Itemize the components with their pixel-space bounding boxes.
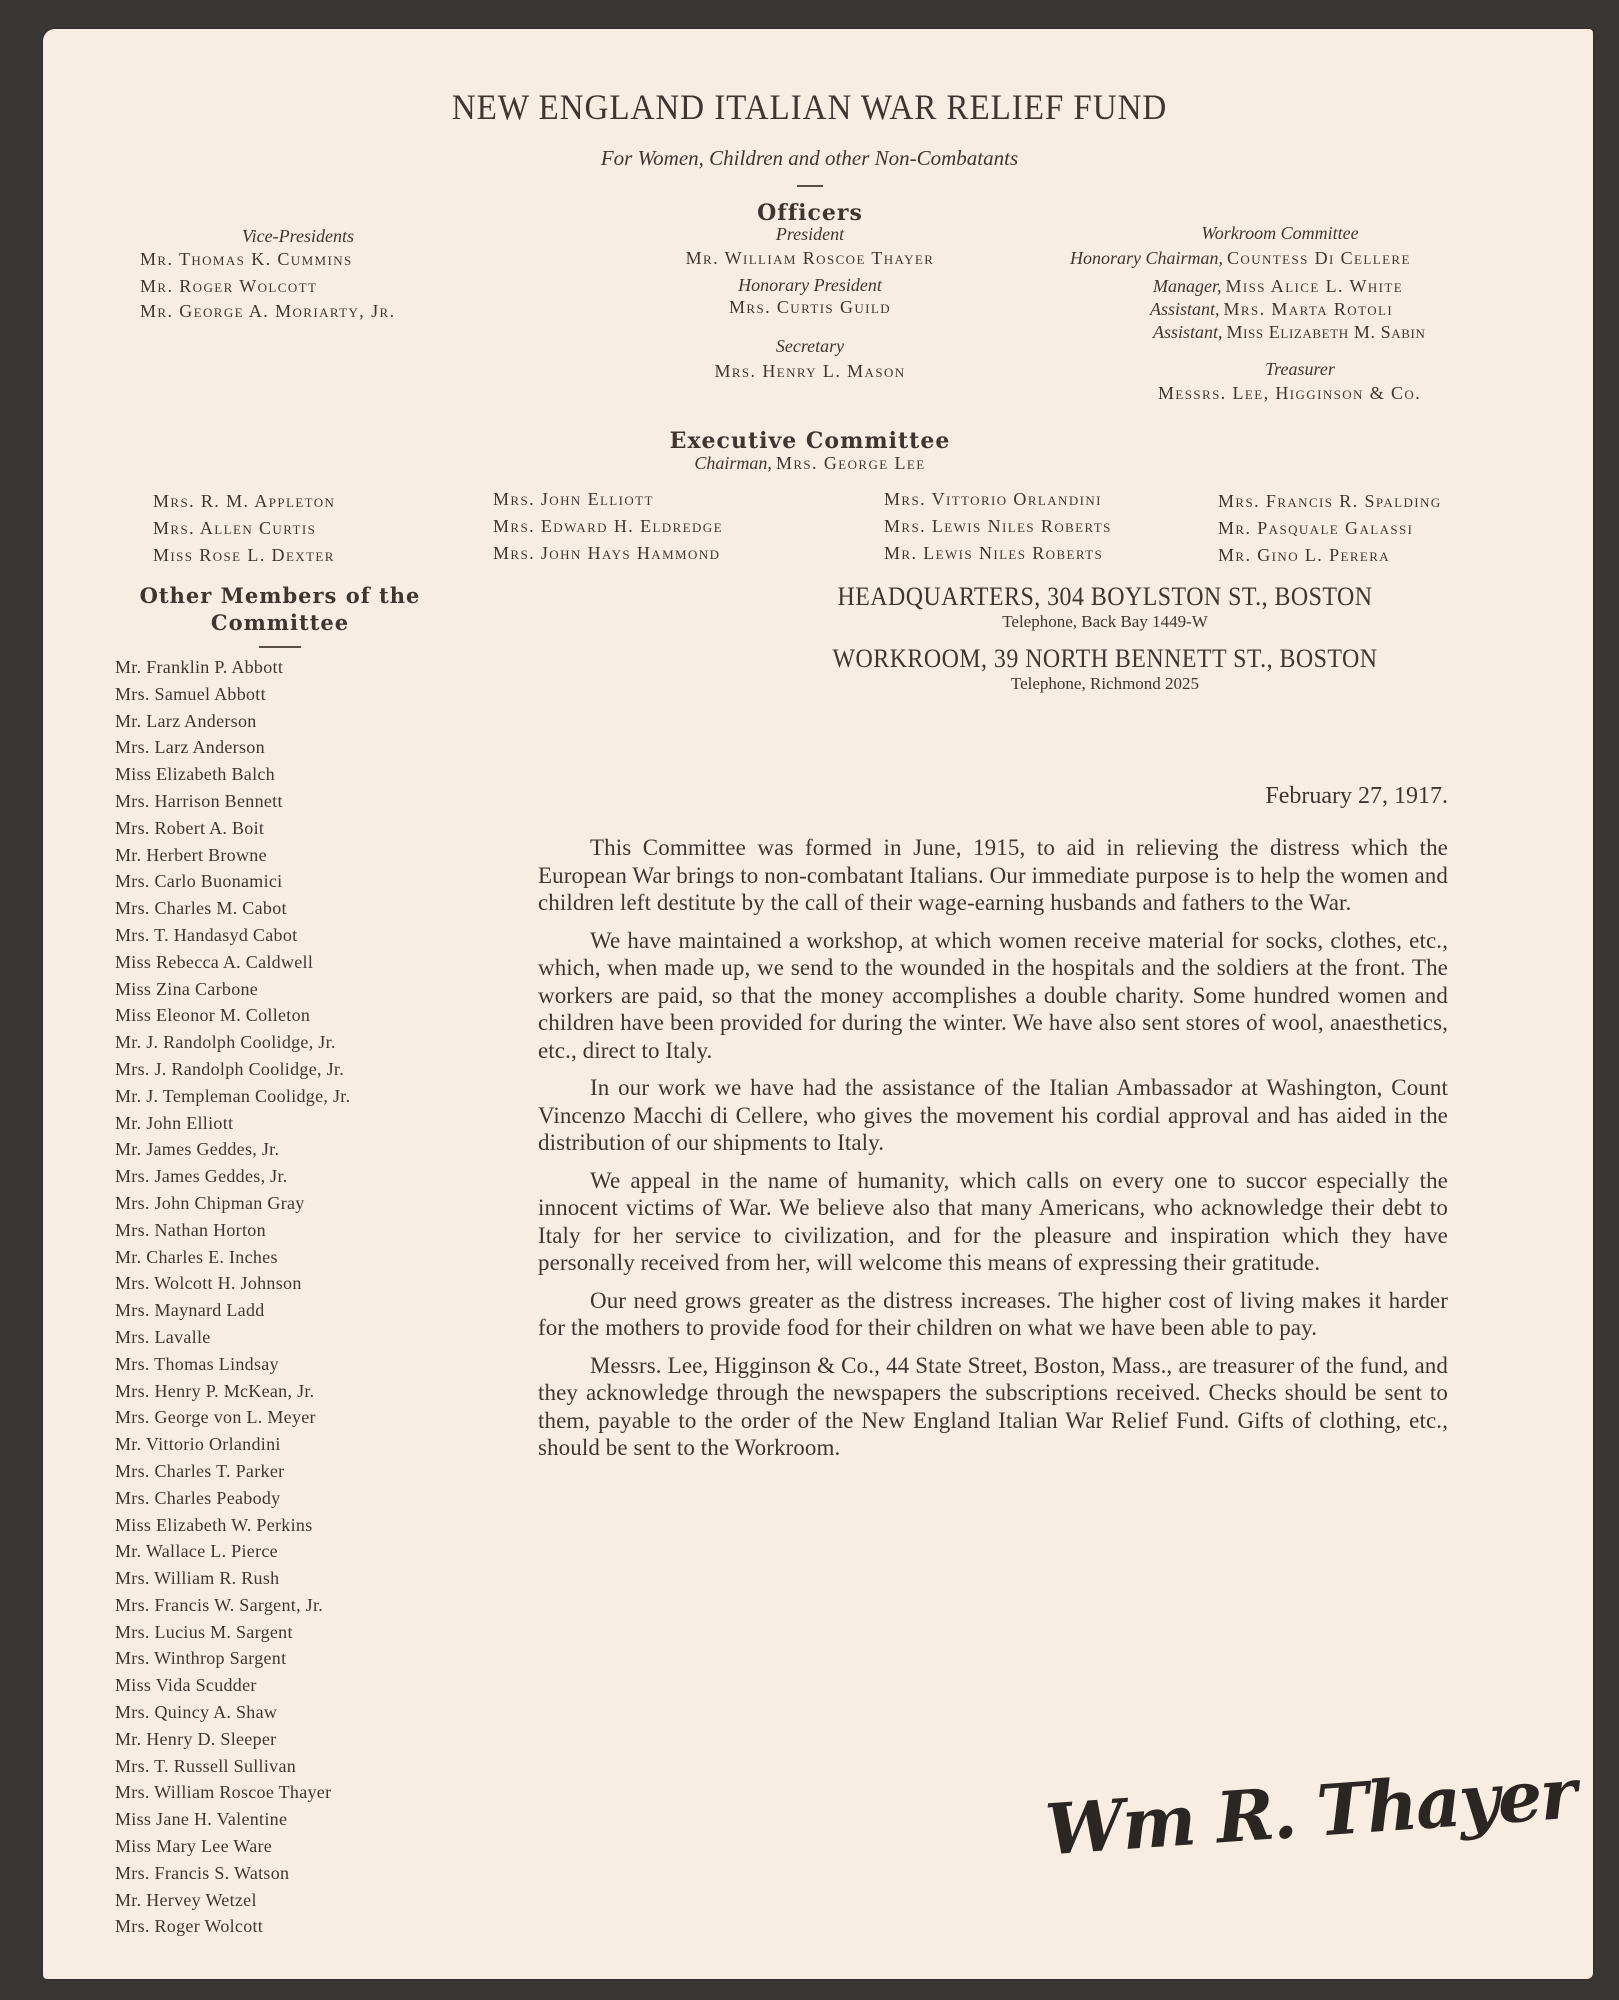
other-members-list: Mr. Franklin P. Abbott Mrs. Samuel Abbot… [115, 654, 350, 1940]
workroom-committee-label: Workroom Committee [1070, 223, 1490, 244]
executive-chairman-name: Mrs. George Lee [776, 453, 926, 473]
list-item: Mr. James Geddes, Jr. [115, 1136, 350, 1163]
list-item: Mrs. Winthrop Sargent [115, 1645, 350, 1672]
vice-president-name: Mr. George A. Moriarty, Jr. [140, 301, 480, 322]
assistant-label: Assistant, [1153, 322, 1223, 342]
president-label: President [600, 224, 1020, 245]
manager-label: Manager, [1153, 276, 1222, 296]
honorary-chairman-line: Honorary Chairman, Countess Di Cellere [1070, 248, 1510, 269]
assistant-name: Mrs. Marta Rotoli [1224, 299, 1394, 319]
honorary-president-label: Honorary President [600, 275, 1020, 296]
headquarters-telephone: Telephone, Back Bay 1449-W [730, 612, 1480, 632]
list-item: Mrs. Charles M. Cabot [115, 895, 350, 922]
secretary-label: Secretary [600, 336, 1020, 357]
list-item: Mrs. Thomas Lindsay [115, 1351, 350, 1378]
list-item: Mrs. Carlo Buonamici [115, 868, 350, 895]
list-item: Mr. Larz Anderson [115, 708, 350, 735]
letterhead-subtitle: For Women, Children and other Non-Combat… [0, 146, 1619, 171]
list-item: Mrs. Lavalle [115, 1324, 350, 1351]
list-item: Mrs. Samuel Abbott [115, 681, 350, 708]
list-item: Mrs. Harrison Bennett [115, 788, 350, 815]
honorary-president-name: Mrs. Curtis Guild [600, 297, 1020, 318]
executive-committee-heading: Executive Committee [600, 428, 1020, 454]
letter-paragraph: We appeal in the name of humanity, which… [538, 1167, 1448, 1277]
list-item: Miss Vida Scudder [115, 1672, 350, 1699]
list-item: Mrs. Francis S. Watson [115, 1860, 350, 1887]
workroom-committee-section: Workroom Committee Honorary Chairman, Co… [1070, 223, 1510, 404]
executive-column-3: Mrs. Vittorio Orlandini Mrs. Lewis Niles… [884, 486, 1112, 567]
honorary-chairman-label: Honorary Chairman, [1070, 248, 1223, 268]
manager-name: Miss Alice L. White [1226, 276, 1404, 296]
list-item: Miss Mary Lee Ware [115, 1833, 350, 1860]
list-item: Miss Elizabeth W. Perkins [115, 1512, 350, 1539]
executive-member: Mrs. John Elliott [493, 486, 723, 513]
executive-member: Mrs. Francis R. Spalding [1218, 488, 1442, 515]
list-item: Mrs. James Geddes, Jr. [115, 1163, 350, 1190]
executive-member: Mr. Pasquale Galassi [1218, 515, 1442, 542]
list-item: Mrs. Nathan Horton [115, 1217, 350, 1244]
treasurer-label: Treasurer [1070, 359, 1510, 380]
executive-column-2: Mrs. John Elliott Mrs. Edward H. Eldredg… [493, 486, 723, 567]
list-item: Mr. J. Templeman Coolidge, Jr. [115, 1083, 350, 1110]
list-item: Miss Zina Carbone [115, 976, 350, 1003]
list-item: Mr. John Elliott [115, 1110, 350, 1137]
list-item: Mr. Vittorio Orlandini [115, 1431, 350, 1458]
list-item: Mrs. Lucius M. Sargent [115, 1619, 350, 1646]
executive-member: Mr. Lewis Niles Roberts [884, 540, 1112, 567]
list-item: Mrs. Wolcott H. Johnson [115, 1270, 350, 1297]
executive-member: Mrs. John Hays Hammond [493, 540, 723, 567]
workroom-address: WORKROOM, 39 NORTH BENNETT ST., BOSTON [760, 644, 1450, 674]
list-item: Mrs. Larz Anderson [115, 734, 350, 761]
list-item: Mrs. Francis W. Sargent, Jr. [115, 1592, 350, 1619]
executive-chairman-line: Chairman, Mrs. George Lee [600, 453, 1020, 474]
list-item: Mrs. Quincy A. Shaw [115, 1699, 350, 1726]
list-item: Miss Jane H. Valentine [115, 1806, 350, 1833]
executive-committee-header: Executive Committee Chairman, Mrs. Georg… [600, 428, 1020, 474]
list-item: Mr. Herbert Browne [115, 842, 350, 869]
executive-member: Mrs. R. M. Appleton [153, 488, 335, 515]
list-item: Mr. J. Randolph Coolidge, Jr. [115, 1029, 350, 1056]
executive-member: Mrs. Vittorio Orlandini [884, 486, 1112, 513]
list-item: Mrs. Maynard Ladd [115, 1297, 350, 1324]
list-item: Mr. Charles E. Inches [115, 1244, 350, 1271]
list-item: Mr. Henry D. Sleeper [115, 1726, 350, 1753]
vice-presidents-label: Vice-Presidents [140, 226, 480, 247]
list-item: Mrs. Charles Peabody [115, 1485, 350, 1512]
executive-chairman-label: Chairman, [694, 453, 772, 473]
assistant-label: Assistant, [1150, 299, 1220, 319]
letter-body: This Committee was formed in June, 1915,… [538, 834, 1448, 1472]
assistant-name: Miss Elizabeth M. Sabin [1227, 322, 1426, 342]
list-item: Miss Eleonor M. Colleton [115, 1002, 350, 1029]
list-item: Miss Rebecca A. Caldwell [115, 949, 350, 976]
executive-member: Mrs. Allen Curtis [153, 515, 335, 542]
list-item: Mr. Wallace L. Pierce [115, 1538, 350, 1565]
executive-member: Mrs. Edward H. Eldredge [493, 513, 723, 540]
list-item: Miss Elizabeth Balch [115, 761, 350, 788]
list-item: Mrs. Roger Wolcott [115, 1913, 350, 1940]
other-members-divider [259, 646, 301, 648]
addresses-section: HEADQUARTERS, 304 BOYLSTON ST., BOSTON T… [730, 582, 1480, 694]
list-item: Mrs. T. Russell Sullivan [115, 1753, 350, 1780]
list-item: Mrs. John Chipman Gray [115, 1190, 350, 1217]
officers-section: Officers President Mr. William Roscoe Th… [600, 200, 1020, 382]
vice-president-name: Mr. Roger Wolcott [140, 276, 480, 297]
executive-column-4: Mrs. Francis R. Spalding Mr. Pasquale Ga… [1218, 488, 1442, 569]
manager-line: Manager, Miss Alice L. White [1070, 276, 1510, 297]
letter-paragraph: In our work we have had the assistance o… [538, 1074, 1448, 1157]
other-members-heading-line1: Other Members of the [110, 582, 450, 609]
headquarters-address: HEADQUARTERS, 304 BOYLSTON ST., BOSTON [760, 582, 1450, 612]
executive-member: Mrs. Lewis Niles Roberts [884, 513, 1112, 540]
executive-column-1: Mrs. R. M. Appleton Mrs. Allen Curtis Mi… [153, 488, 335, 569]
list-item: Mrs. George von L. Meyer [115, 1404, 350, 1431]
letter-paragraph: This Committee was formed in June, 1915,… [538, 834, 1448, 917]
workroom-telephone: Telephone, Richmond 2025 [730, 674, 1480, 694]
president-name: Mr. William Roscoe Thayer [600, 248, 1020, 269]
list-item: Mr. Franklin P. Abbott [115, 654, 350, 681]
officers-heading: Officers [600, 200, 1020, 226]
list-item: Mrs. J. Randolph Coolidge, Jr. [115, 1056, 350, 1083]
treasurer-name: Messrs. Lee, Higginson & Co. [1070, 383, 1510, 404]
list-item: Mrs. Henry P. McKean, Jr. [115, 1378, 350, 1405]
letter-date: February 27, 1917. [1265, 783, 1448, 810]
executive-member: Miss Rose L. Dexter [153, 542, 335, 569]
letter-paragraph: We have maintained a workshop, at which … [538, 927, 1448, 1065]
honorary-chairman-name: Countess Di Cellere [1227, 248, 1411, 268]
list-item: Mrs. William Roscoe Thayer [115, 1779, 350, 1806]
assistant-line: Assistant, Mrs. Marta Rotoli [1070, 299, 1510, 320]
letter-paragraph: Messrs. Lee, Higginson & Co., 44 State S… [538, 1352, 1448, 1462]
vice-presidents-section: Vice-Presidents Mr. Thomas K. Cummins Mr… [140, 226, 480, 322]
header-divider [797, 185, 823, 187]
assistant-line: Assistant, Miss Elizabeth M. Sabin [1070, 322, 1510, 343]
list-item: Mr. Hervey Wetzel [115, 1887, 350, 1914]
other-members-heading-line2: Committee [110, 609, 450, 636]
letterhead-title: NEW ENGLAND ITALIAN WAR RELIEF FUND [65, 86, 1554, 128]
executive-member: Mr. Gino L. Perera [1218, 542, 1442, 569]
list-item: Mrs. T. Handasyd Cabot [115, 922, 350, 949]
list-item: Mrs. Robert A. Boit [115, 815, 350, 842]
letter-paragraph: Our need grows greater as the distress i… [538, 1287, 1448, 1342]
list-item: Mrs. William R. Rush [115, 1565, 350, 1592]
vice-president-name: Mr. Thomas K. Cummins [140, 249, 480, 270]
other-members-header: Other Members of the Committee [110, 582, 450, 636]
list-item: Mrs. Charles T. Parker [115, 1458, 350, 1485]
secretary-name: Mrs. Henry L. Mason [600, 361, 1020, 382]
